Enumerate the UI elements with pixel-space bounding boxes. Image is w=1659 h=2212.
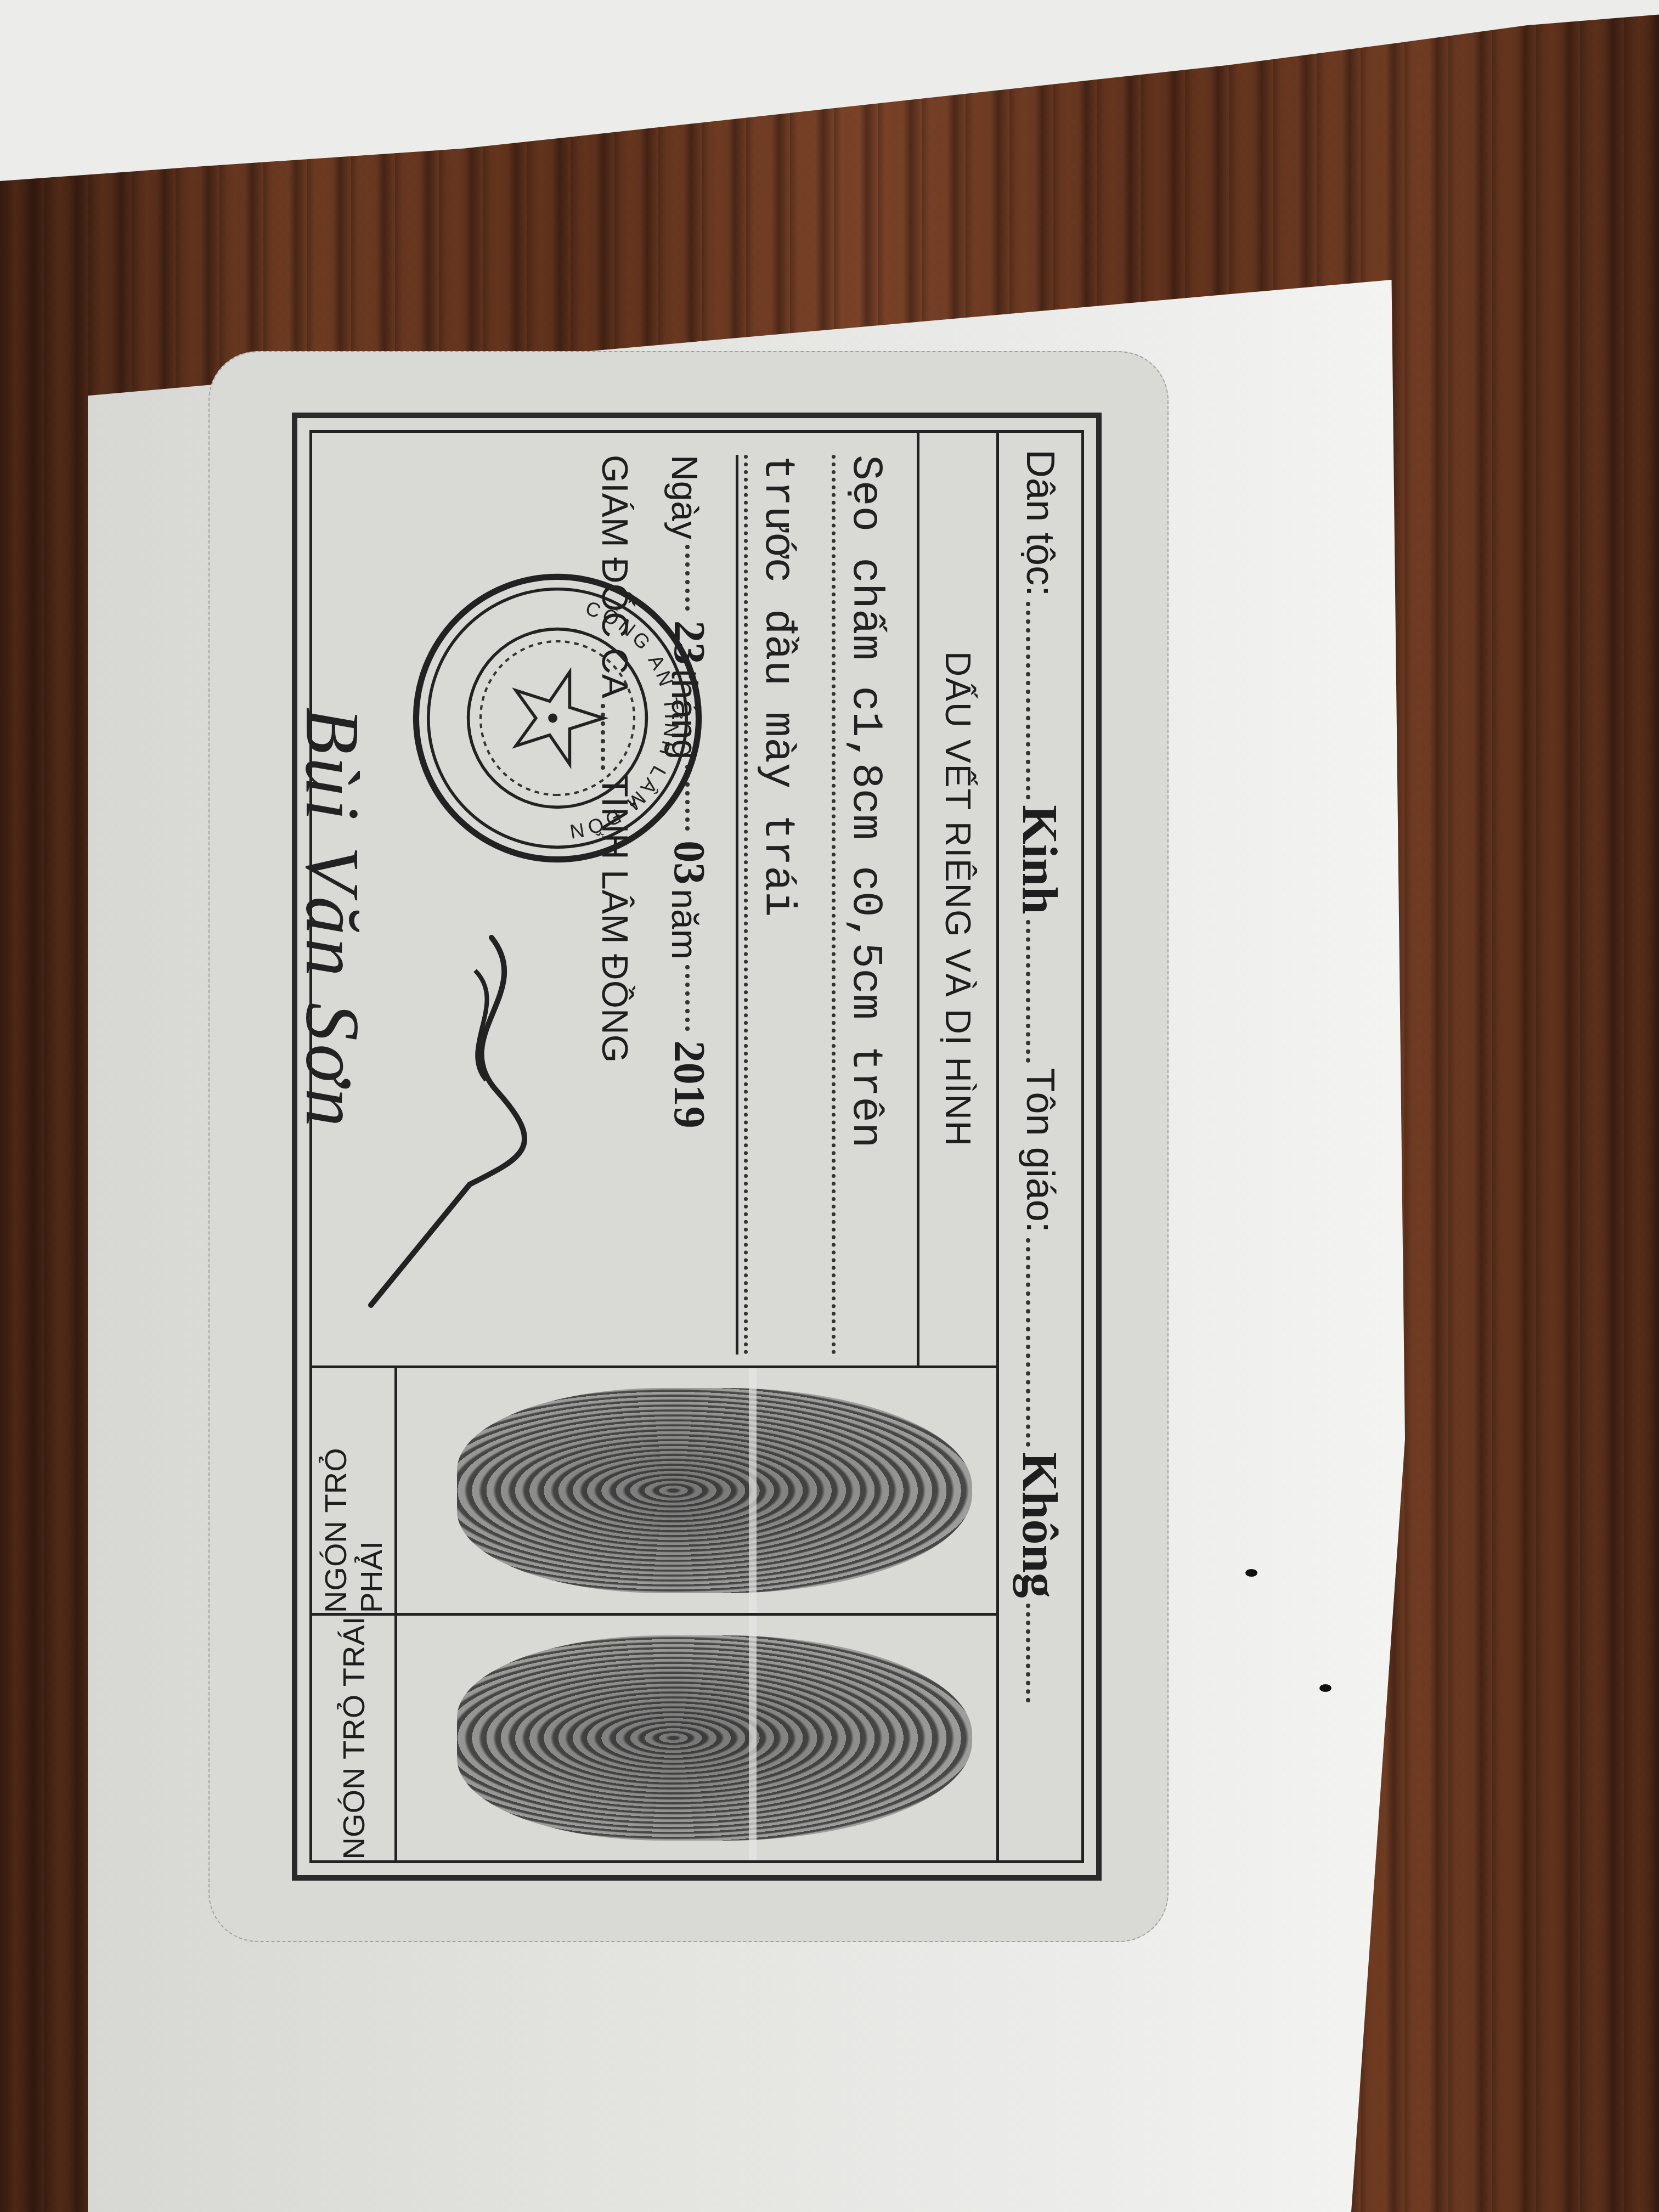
fingerprint-right-box xyxy=(397,1613,996,1860)
dotted-leader xyxy=(1026,920,1030,1063)
fingerprint-left-icon xyxy=(457,1388,972,1594)
year-value: 2019 xyxy=(664,1041,714,1128)
id-card-wrapper: Dân tộc: Kinh Tôn giáo: Không DẤU VẾT RI… xyxy=(99,329,1169,1975)
religion-value: Không xyxy=(1011,1452,1069,1598)
marks-title: DẤU VẾT RIÊNG VÀ DỊ HÌNH xyxy=(917,433,996,1365)
fingerprint-left-label: NGÓN TRỎ TRÁI xyxy=(312,1613,394,1860)
dotted-leader xyxy=(1026,1604,1030,1702)
fingerprint-row xyxy=(397,1368,996,1860)
day-label: Ngày xyxy=(664,455,706,539)
official-seal-icon: CÔNG AN TỈNH LÂM ĐỒNG xyxy=(404,565,711,872)
ink-dot xyxy=(1319,1684,1331,1692)
ethnicity-religion-row: Dân tộc: Kinh Tôn giáo: Không xyxy=(996,433,1081,1860)
marks-line-1: Sẹo chấm c1,8cm c0,5cm trên xyxy=(832,455,914,1355)
dotted-leader xyxy=(1026,602,1030,799)
religion-label: Tôn giáo: xyxy=(1018,1068,1063,1233)
id-card-back: Dân tộc: Kinh Tôn giáo: Không DẤU VẾT RI… xyxy=(208,351,1169,1942)
ethnicity-label: Dân tộc: xyxy=(1018,449,1063,596)
fingerprint-left-box xyxy=(397,1368,996,1613)
fingerprint-section: NGÓN TRỎ PHẢI NGÓN TRỎ TRÁI xyxy=(312,1365,996,1860)
crease xyxy=(749,1368,757,1613)
ink-dot xyxy=(1245,1569,1257,1577)
year-label: năm xyxy=(664,889,706,959)
dotted-leader xyxy=(686,965,690,1031)
top-paper-sheet xyxy=(0,0,1659,181)
fingerprint-right-label: NGÓN TRỎ PHẢI xyxy=(312,1368,394,1613)
crease xyxy=(749,1616,757,1860)
dotted-leader xyxy=(1026,1238,1030,1447)
marks-line-2: trước đầu mày trái xyxy=(744,455,826,1355)
card-inner-frame: Dân tộc: Kinh Tôn giáo: Không DẤU VẾT RI… xyxy=(309,430,1084,1863)
fingerprint-label-row: NGÓN TRỎ PHẢI NGÓN TRỎ TRÁI xyxy=(312,1368,397,1860)
signatory-name: Bùi Văn Sơn xyxy=(288,707,376,1130)
card-frame: Dân tộc: Kinh Tôn giáo: Không DẤU VẾT RI… xyxy=(292,413,1102,1881)
ethnicity-value: Kinh xyxy=(1011,805,1069,914)
signature-scribble-icon xyxy=(360,927,557,1311)
identifying-marks-section: DẤU VẾT RIÊNG VÀ DỊ HÌNH Sẹo chấm c1,8cm… xyxy=(312,433,996,1365)
fingerprint-right-icon xyxy=(457,1635,972,1841)
